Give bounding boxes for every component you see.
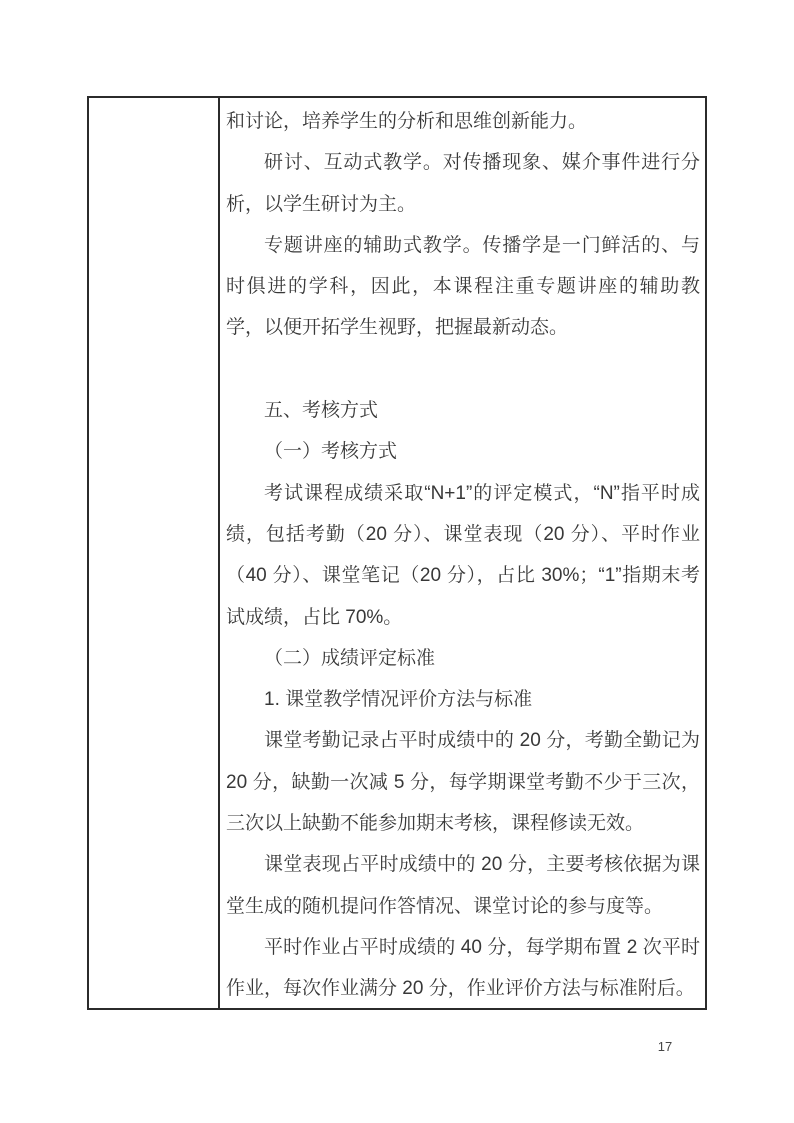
paragraph-attendance-rule: 课堂考勤记录占平时成绩中的 20 分，考勤全勤记为 20 分，缺勤一次减 5 分… — [226, 720, 700, 844]
paragraph-discussion-teaching: 研讨、互动式教学。对传播现象、媒介事件进行分析，以学生研讨为主。 — [226, 142, 700, 225]
document-page: 和讨论，培养学生的分析和思维创新能力。 研讨、互动式教学。对传播现象、媒介事件进… — [0, 0, 794, 1123]
paragraph-continuation: 和讨论，培养学生的分析和思维创新能力。 — [226, 101, 700, 142]
paragraph-homework-rule: 平时作业占平时成绩的 40 分，每学期布置 2 次平时作业，每次作业满分 20 … — [226, 927, 700, 1008]
paragraph-grading-model: 考试课程成绩采取“N+1”的评定模式，“N”指平时成绩，包括考勤（20 分）、课… — [226, 473, 700, 638]
page-number: 17 — [645, 1039, 685, 1054]
subheading-grading-standard: （二）成绩评定标准 — [226, 638, 700, 679]
heading-assessment-method: 五、考核方式 — [226, 390, 700, 431]
blank-line — [226, 349, 700, 390]
subheading-assessment-method: （一）考核方式 — [226, 431, 700, 472]
syllabus-table: 和讨论，培养学生的分析和思维创新能力。 研讨、互动式教学。对传播现象、媒介事件进… — [87, 96, 707, 1010]
table-left-cell — [89, 98, 220, 1008]
paragraph-lecture-teaching: 专题讲座的辅助式教学。传播学是一门鲜活的、与时俱进的学科，因此，本课程注重专题讲… — [226, 225, 700, 349]
table-right-cell: 和讨论，培养学生的分析和思维创新能力。 研讨、互动式教学。对传播现象、媒介事件进… — [220, 98, 705, 1008]
paragraph-classroom-performance: 课堂表现占平时成绩中的 20 分，主要考核依据为课堂生成的随机提问作答情况、课堂… — [226, 844, 700, 927]
subheading-classroom-evaluation: 1. 课堂教学情况评价方法与标准 — [226, 679, 700, 720]
